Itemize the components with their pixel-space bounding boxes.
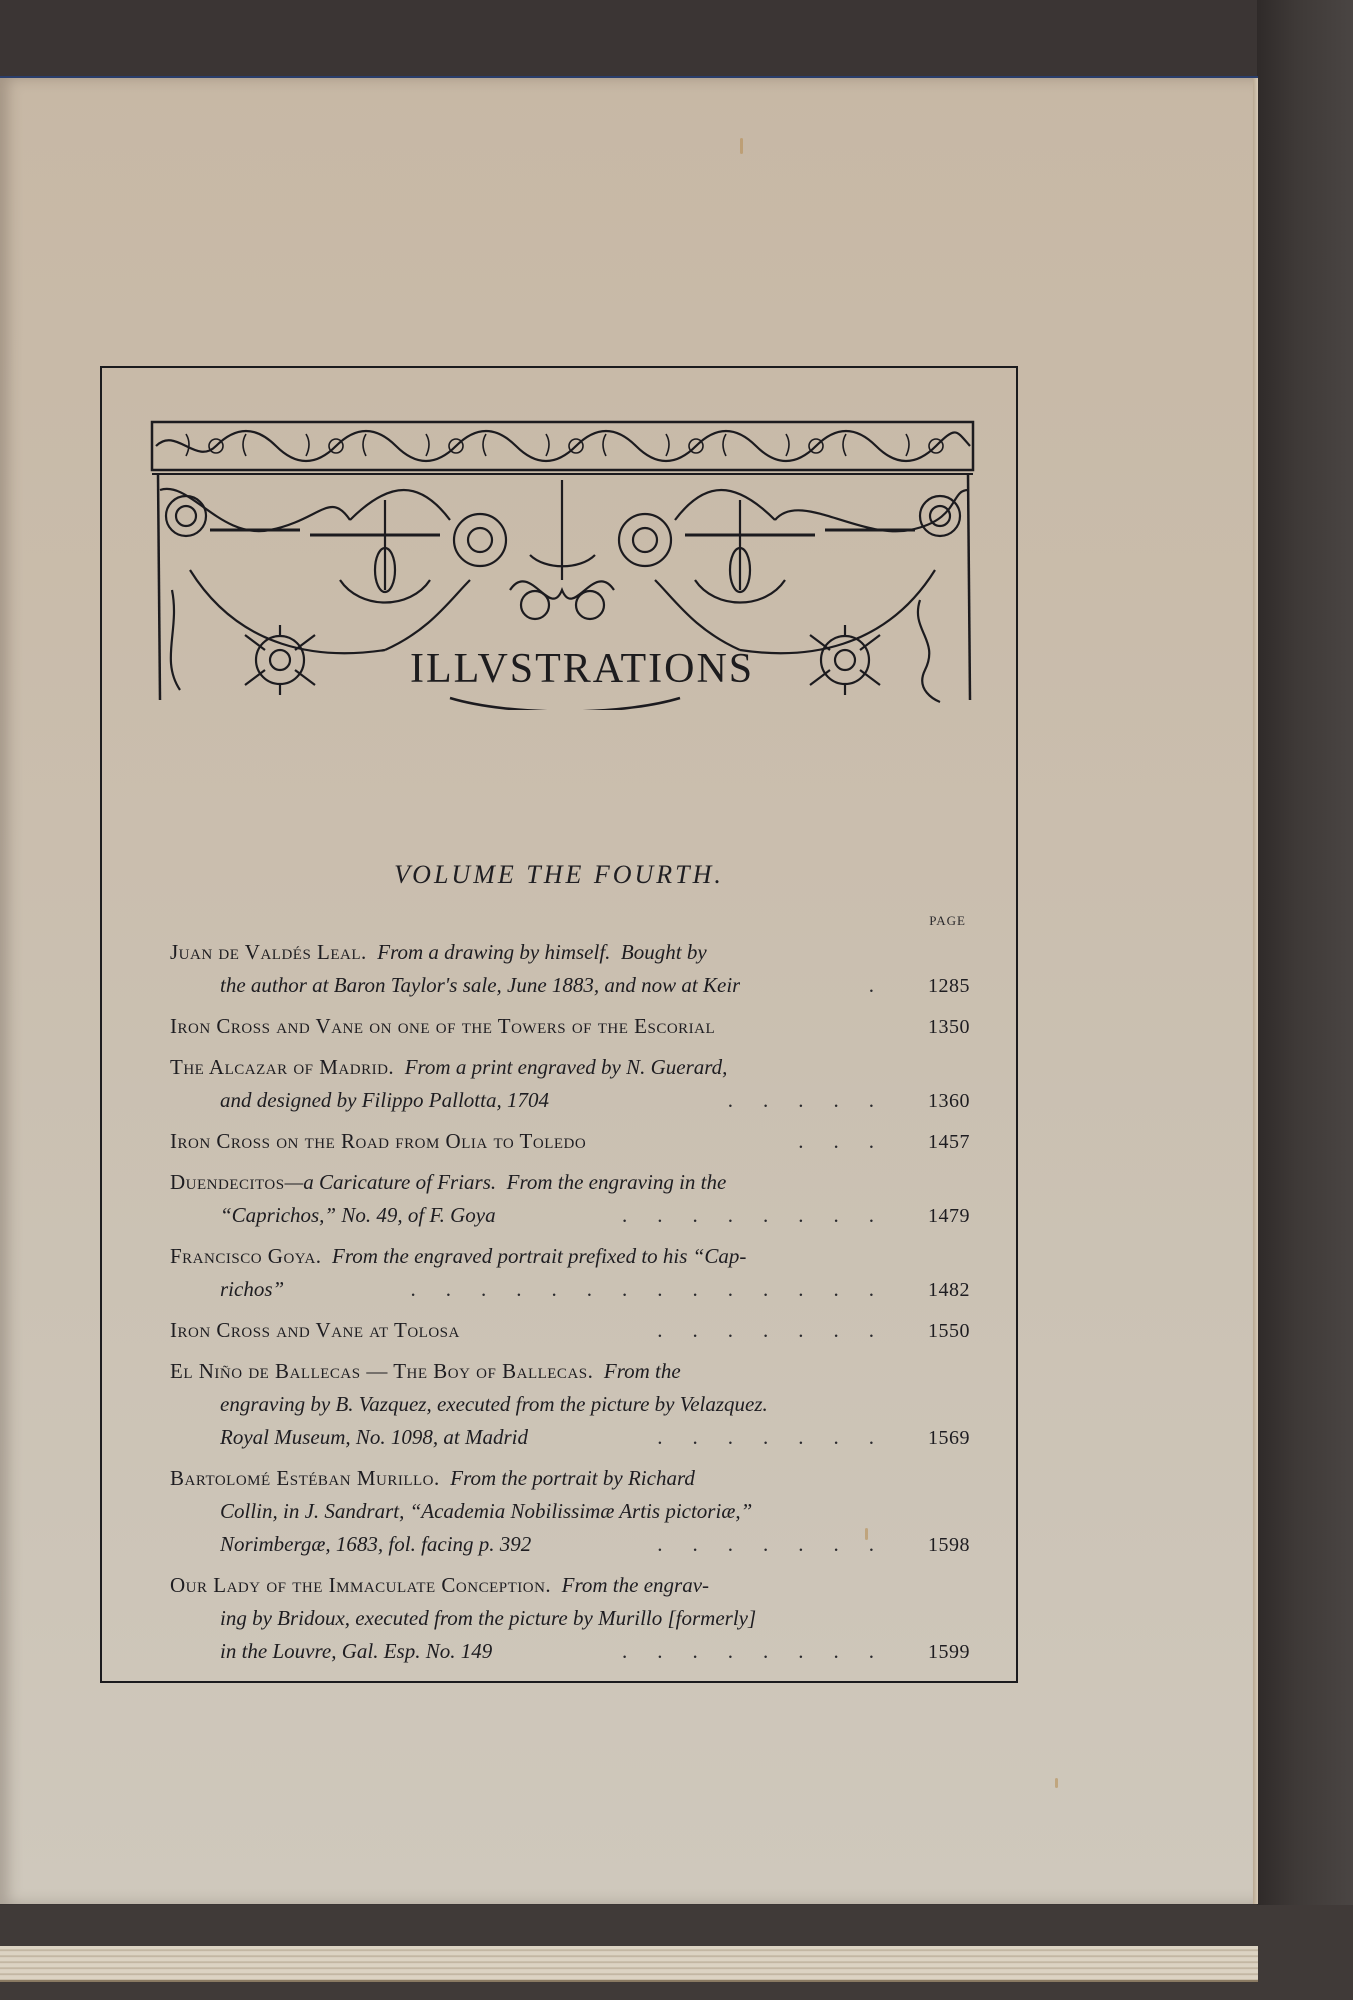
entry-title: Francisco Goya.	[170, 1244, 322, 1268]
entry-text: the author at Baron Taylor's sale, June …	[220, 969, 740, 1002]
entry-text: ing by Bridoux, executed from the pictur…	[220, 1602, 756, 1635]
entry-title: Juan de Valdés Leal.	[170, 940, 367, 964]
illustration-entry: Iron Cross on the Road from Olia to Tole…	[170, 1125, 970, 1159]
entry-line: Iron Cross on the Road from Olia to Tole…	[170, 1125, 970, 1159]
entry-text: in the Louvre, Gal. Esp. No. 149	[220, 1635, 492, 1668]
entry-line: and designed by Filippo Pallotta, 1704..…	[170, 1084, 970, 1118]
page-number: 1285	[910, 970, 970, 1003]
illustration-entry: Iron Cross and Vane on one of the Towers…	[170, 1010, 970, 1044]
entry-description: ing by Bridoux, executed from the pictur…	[220, 1606, 756, 1630]
decorative-header-ornament: ILLVSTRATIONS	[150, 420, 975, 710]
entry-text: Iron Cross and Vane on one of the Towers…	[170, 1010, 715, 1043]
entry-line: ing by Bridoux, executed from the pictur…	[170, 1602, 970, 1635]
entry-description: From the portrait by Richard	[440, 1466, 695, 1490]
entry-description: “Caprichos,” No. 49, of F. Goya	[220, 1203, 496, 1227]
page-number: 1360	[910, 1085, 970, 1118]
entry-line: Bartolomé Estéban Murillo. From the port…	[170, 1462, 970, 1495]
illustrations-frame: ILLVSTRATIONS VOLUME THE FOURTH. PAGE Ju…	[100, 366, 1018, 1683]
page-number: 1482	[910, 1274, 970, 1307]
entry-title: Iron Cross and Vane on one of the Towers…	[170, 1014, 715, 1038]
dot-leader: ...	[592, 1125, 904, 1158]
paper-spot	[740, 138, 743, 154]
entry-text: richos”	[220, 1273, 284, 1306]
entry-description: —a Caricature of Friars. From the engrav…	[285, 1170, 727, 1194]
illustration-entry: Bartolomé Estéban Murillo. From the port…	[170, 1462, 970, 1562]
entry-text: Juan de Valdés Leal. From a drawing by h…	[170, 936, 707, 969]
entry-description: in the Louvre, Gal. Esp. No. 149	[220, 1639, 492, 1663]
entry-text: The Alcazar of Madrid. From a print engr…	[170, 1051, 727, 1084]
illustrations-list: Juan de Valdés Leal. From a drawing by h…	[170, 936, 970, 1676]
entry-text: engraving by B. Vazquez, executed from t…	[220, 1388, 768, 1421]
entry-line: richos”..............1482	[170, 1273, 970, 1307]
entry-description: Norimbergæ, 1683, fol. facing p. 392	[220, 1532, 531, 1556]
entry-title: The Alcazar of Madrid.	[170, 1055, 394, 1079]
dot-leader: .....	[555, 1084, 904, 1117]
page-number: 1457	[910, 1126, 970, 1159]
entry-line: Norimbergæ, 1683, fol. facing p. 392....…	[170, 1528, 970, 1562]
page-number: 1350	[910, 1011, 970, 1044]
entry-line: El Niño de Ballecas — The Boy of Balleca…	[170, 1355, 970, 1388]
dot-leader: .......	[534, 1421, 904, 1454]
entry-title: Iron Cross and Vane at Tolosa	[170, 1318, 460, 1342]
volume-title: VOLUME THE FOURTH.	[102, 860, 1016, 890]
page-number: 1598	[910, 1529, 970, 1562]
dot-leader: .	[746, 969, 904, 1002]
illustration-entry: Juan de Valdés Leal. From a drawing by h…	[170, 936, 970, 1003]
dot-leader: ..............	[290, 1273, 904, 1306]
page-stack-edge	[0, 1946, 1258, 1982]
entry-description: Royal Museum, No. 1098, at Madrid	[220, 1425, 528, 1449]
entry-text: Our Lady of the Immaculate Conception. F…	[170, 1569, 709, 1602]
entry-text: El Niño de Ballecas — The Boy of Balleca…	[170, 1355, 681, 1388]
entry-title: Bartolomé Estéban Murillo.	[170, 1466, 440, 1490]
entry-text: Francisco Goya. From the engraved portra…	[170, 1240, 746, 1273]
entry-title: Our Lady of the Immaculate Conception.	[170, 1573, 551, 1597]
dot-leader: .......	[466, 1314, 904, 1347]
entry-text: Bartolomé Estéban Murillo. From the port…	[170, 1462, 695, 1495]
entry-text: Iron Cross on the Road from Olia to Tole…	[170, 1125, 586, 1158]
entry-description: and designed by Filippo Pallotta, 1704	[220, 1088, 549, 1112]
entry-line: engraving by B. Vazquez, executed from t…	[170, 1388, 970, 1421]
page-number: 1479	[910, 1200, 970, 1233]
dot-leader: ........	[502, 1199, 904, 1232]
entry-line: in the Louvre, Gal. Esp. No. 149........…	[170, 1635, 970, 1669]
illustration-entry: Duendecitos—a Caricature of Friars. From…	[170, 1166, 970, 1233]
paper-spot	[1055, 1778, 1058, 1788]
illustration-entry: El Niño de Ballecas — The Boy of Balleca…	[170, 1355, 970, 1455]
entry-line: the author at Baron Taylor's sale, June …	[170, 969, 970, 1003]
entry-description: From the engrav-	[551, 1573, 709, 1597]
illustration-entry: The Alcazar of Madrid. From a print engr…	[170, 1051, 970, 1118]
illustration-entry: Iron Cross and Vane at Tolosa.......1550	[170, 1314, 970, 1348]
dot-leader: .......	[537, 1528, 904, 1561]
entry-description: engraving by B. Vazquez, executed from t…	[220, 1392, 768, 1416]
book-page: ILLVSTRATIONS VOLUME THE FOURTH. PAGE Ju…	[0, 76, 1258, 1904]
entry-description: From the	[593, 1359, 680, 1383]
entry-description: From a drawing by himself. Bought by	[367, 940, 707, 964]
page-number: 1550	[910, 1315, 970, 1348]
dot-leader: ........	[498, 1635, 904, 1668]
entry-description: From a print engraved by N. Guerard,	[394, 1055, 727, 1079]
entry-text: Royal Museum, No. 1098, at Madrid	[220, 1421, 528, 1454]
page-column-label: PAGE	[929, 913, 966, 929]
entry-line: The Alcazar of Madrid. From a print engr…	[170, 1051, 970, 1084]
entry-line: Collin, in J. Sandrart, “Academia Nobili…	[170, 1495, 970, 1528]
entry-title: Iron Cross on the Road from Olia to Tole…	[170, 1129, 586, 1153]
background-dark-right	[1257, 0, 1353, 2000]
entry-text: and designed by Filippo Pallotta, 1704	[220, 1084, 549, 1117]
illustration-entry: Francisco Goya. From the engraved portra…	[170, 1240, 970, 1307]
entry-text: Collin, in J. Sandrart, “Academia Nobili…	[220, 1495, 752, 1528]
entry-line: Juan de Valdés Leal. From a drawing by h…	[170, 936, 970, 969]
entry-line: Iron Cross and Vane on one of the Towers…	[170, 1010, 970, 1044]
entry-line: Iron Cross and Vane at Tolosa.......1550	[170, 1314, 970, 1348]
entry-title: Duendecitos	[170, 1170, 285, 1194]
entry-text: Norimbergæ, 1683, fol. facing p. 392	[220, 1528, 531, 1561]
illustrations-heading: ILLVSTRATIONS	[410, 645, 720, 693]
entry-description: the author at Baron Taylor's sale, June …	[220, 973, 740, 997]
page-number: 1569	[910, 1422, 970, 1455]
entry-description: Collin, in J. Sandrart, “Academia Nobili…	[220, 1499, 752, 1523]
entry-line: Our Lady of the Immaculate Conception. F…	[170, 1569, 970, 1602]
page-edge	[1253, 78, 1258, 1904]
entry-text: Duendecitos—a Caricature of Friars. From…	[170, 1166, 726, 1199]
entry-text: “Caprichos,” No. 49, of F. Goya	[220, 1199, 496, 1232]
entry-title: El Niño de Ballecas — The Boy of Balleca…	[170, 1359, 593, 1383]
entry-description: richos”	[220, 1277, 284, 1301]
entry-line: “Caprichos,” No. 49, of F. Goya........1…	[170, 1199, 970, 1233]
entry-line: Duendecitos—a Caricature of Friars. From…	[170, 1166, 970, 1199]
illustration-entry: Our Lady of the Immaculate Conception. F…	[170, 1569, 970, 1669]
entry-description: From the engraved portrait prefixed to h…	[322, 1244, 747, 1268]
entry-line: Royal Museum, No. 1098, at Madrid.......…	[170, 1421, 970, 1455]
page-number: 1599	[910, 1636, 970, 1669]
entry-text: Iron Cross and Vane at Tolosa	[170, 1314, 460, 1347]
entry-line: Francisco Goya. From the engraved portra…	[170, 1240, 970, 1273]
